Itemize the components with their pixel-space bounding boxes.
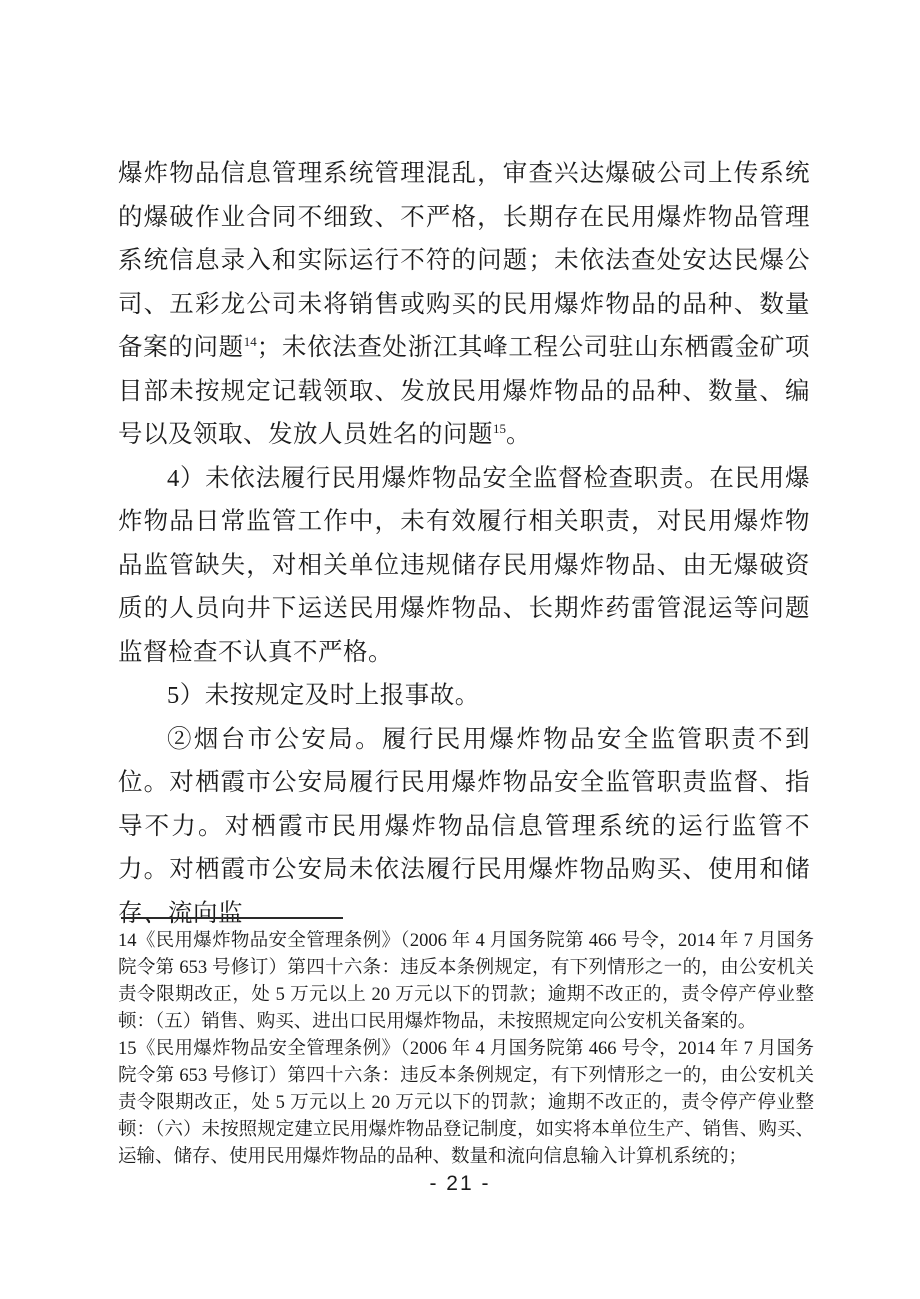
body-paragraph: 爆炸物品信息管理系统管理混乱，审查兴达爆破公司上传系统的爆破作业合同不细致、不严… bbox=[118, 152, 810, 457]
footnotes-section: 14《民用爆炸物品安全管理条例》（2006 年 4 月国务院第 466 号令，2… bbox=[118, 928, 814, 1171]
footnote: 14《民用爆炸物品安全管理条例》（2006 年 4 月国务院第 466 号令，2… bbox=[118, 928, 814, 1036]
footnote-separator bbox=[121, 917, 343, 919]
footnote-reference: 14 bbox=[244, 334, 257, 349]
footnote-reference: 15 bbox=[493, 421, 506, 436]
page-number: - 21 - bbox=[0, 1172, 920, 1196]
document-page: 爆炸物品信息管理系统管理混乱，审查兴达爆破公司上传系统的爆破作业合同不细致、不严… bbox=[0, 0, 920, 1299]
body-paragraph: 5）未按规定及时上报事故。 bbox=[118, 674, 810, 718]
document-body: 爆炸物品信息管理系统管理混乱，审查兴达爆破公司上传系统的爆破作业合同不细致、不严… bbox=[118, 152, 810, 935]
body-paragraph: 4）未依法履行民用爆炸物品安全监督检查职责。在民用爆炸物品日常监管工作中，未有效… bbox=[118, 457, 810, 675]
body-paragraph: ②烟台市公安局。履行民用爆炸物品安全监管职责不到位。对栖霞市公安局履行民用爆炸物… bbox=[118, 718, 810, 936]
footnote: 15《民用爆炸物品安全管理条例》（2006 年 4 月国务院第 466 号令，2… bbox=[118, 1036, 814, 1171]
